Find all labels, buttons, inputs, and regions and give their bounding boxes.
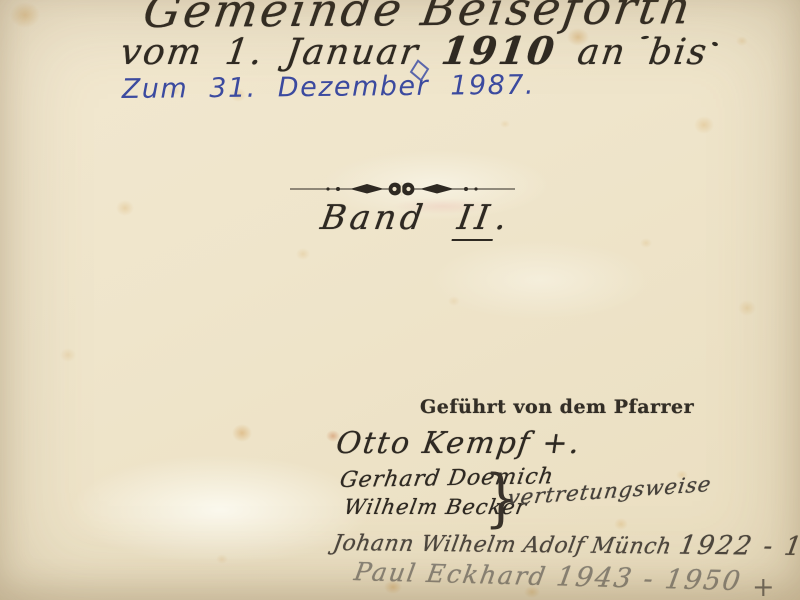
pastor-name: Johann Wilhelm Adolf Münch (331, 531, 673, 560)
service-years: 1922 - 1943 (677, 531, 800, 563)
ink-speck (711, 41, 718, 47)
period-start-prefix: vom 1. Januar (118, 32, 422, 73)
deceased-cross-mark: + (752, 572, 775, 600)
volume-line: Band II. (318, 198, 514, 238)
pastor-name: Otto Kempf (334, 426, 533, 461)
volume-word: Band (318, 198, 429, 238)
pastor-entry-otto-kempf: Otto Kempf +. (334, 426, 584, 461)
divider-ornament-icon (290, 179, 515, 199)
period-end-line-blue-ink: Zum 31. Dezember 1987. (122, 70, 536, 105)
service-years: 1943 - 1950 (554, 561, 744, 597)
pastor-name: Paul Eckhard (352, 557, 549, 591)
kept-by-pastor-heading: Geführt von dem Pfarrer (420, 396, 694, 418)
start-year: 1910 (439, 28, 559, 73)
deceased-cross-mark: +. (540, 426, 584, 461)
pastor-entry-paul-eckhard: Paul Eckhard 1943 - 1950 (352, 556, 744, 597)
volume-numeral: II (451, 198, 499, 241)
scanned-register-page: Gemeinde Beiseförth vom 1. Januar 1910 a… (0, 0, 800, 600)
